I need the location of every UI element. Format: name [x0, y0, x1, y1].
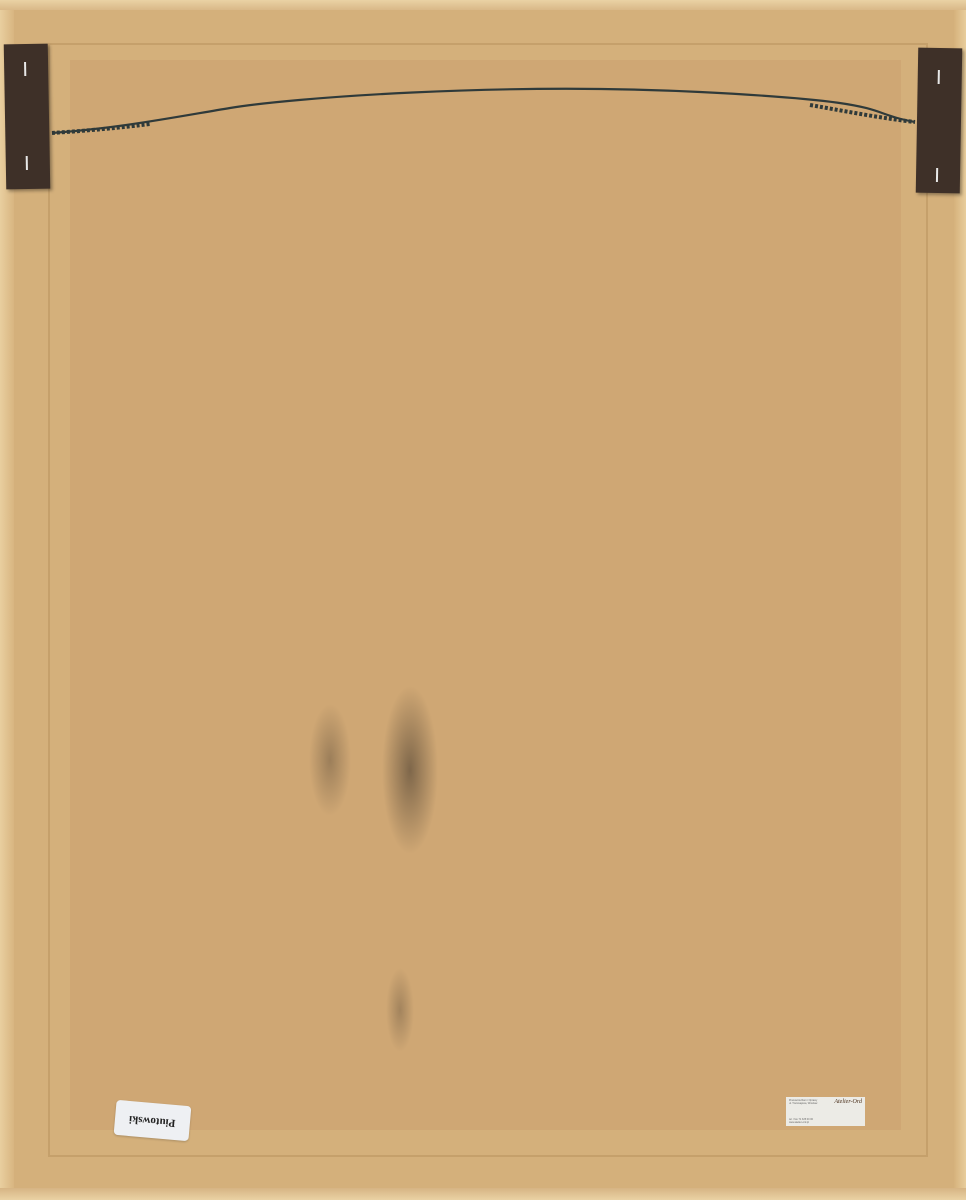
shop-label-line: www.atelier-ord.pl [789, 1121, 862, 1124]
framing-shop-label: Pracownia Ram i Oprawy ul. Tramwajowa, W… [786, 1097, 865, 1126]
hanger-tab-right [916, 48, 963, 194]
shop-label-line: ul. Tramwajowa, Wrocław [789, 1102, 817, 1105]
staple-icon [938, 70, 940, 84]
shop-brand-logo: Atelier-Ord [834, 1099, 862, 1105]
staple-icon [936, 168, 938, 182]
hardboard-backing [70, 60, 901, 1130]
frame-edge-bottom [0, 1188, 966, 1200]
name-sticker-text: Piutowski [129, 1112, 176, 1128]
staple-icon [26, 156, 28, 170]
framed-artwork-back: Piutowski Pracownia Ram i Oprawy ul. Tra… [0, 0, 966, 1200]
name-sticker: Piutowski [114, 1100, 192, 1141]
hanger-tab-left [4, 44, 51, 190]
staple-icon [24, 62, 26, 76]
hanging-wire [0, 0, 966, 200]
